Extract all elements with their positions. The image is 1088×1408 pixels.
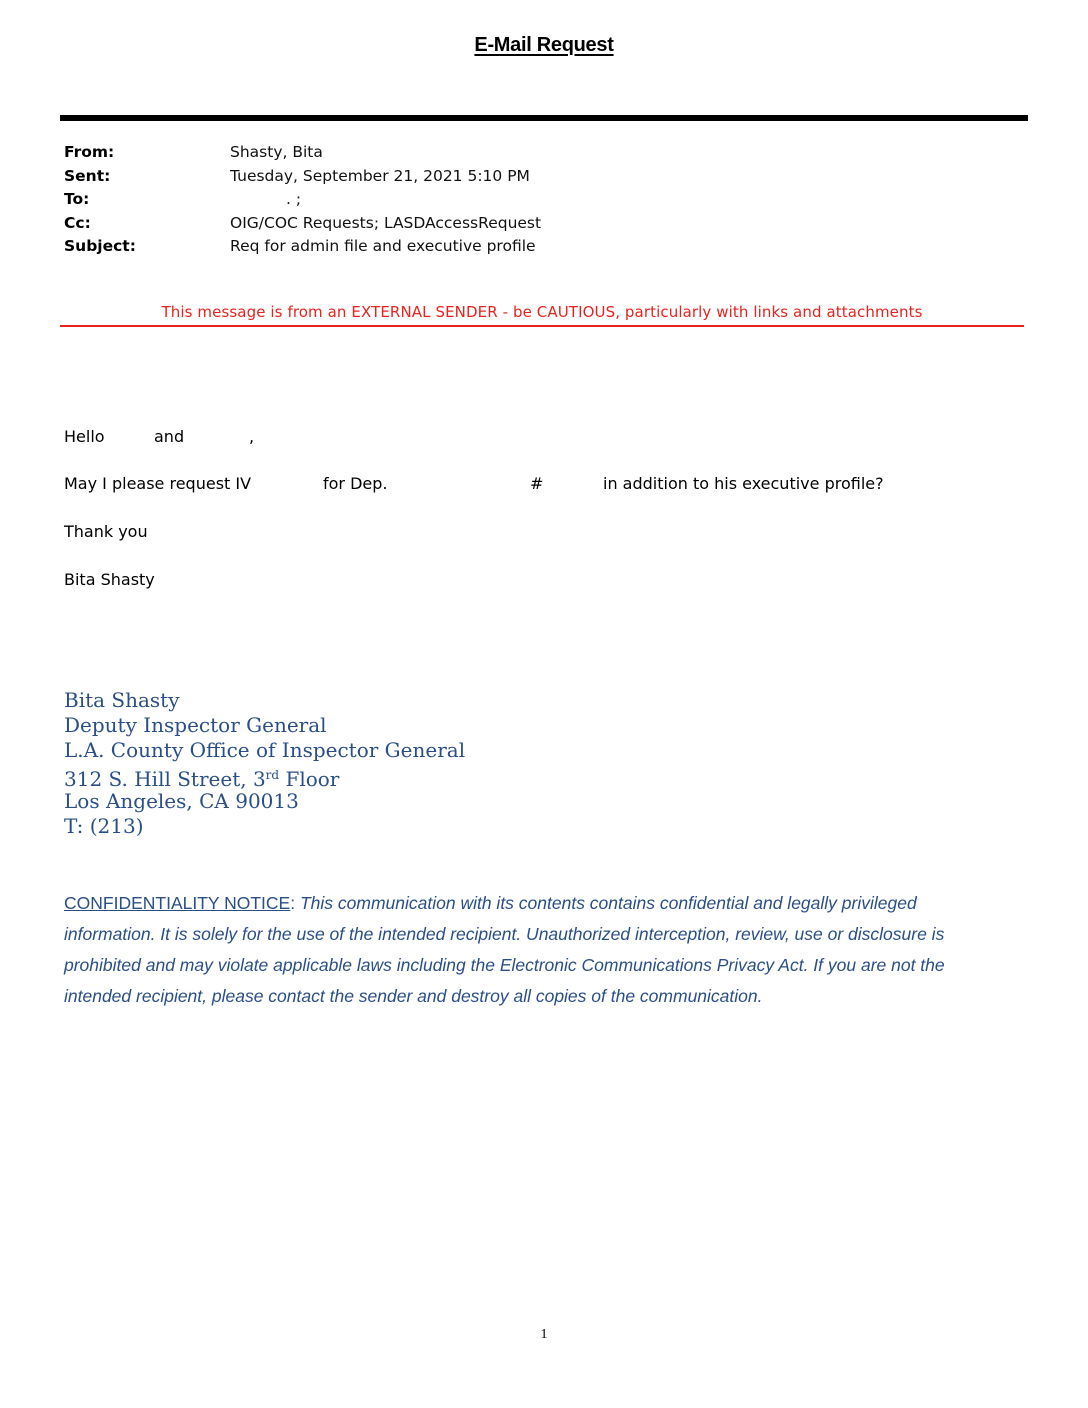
signature-name: Bita Shasty — [64, 688, 180, 713]
from-value: Shasty, Bita — [230, 140, 323, 164]
confidentiality-notice: CONFIDENTIALITY NOTICE: This communicati… — [64, 888, 984, 1012]
from-label: From: — [64, 140, 114, 164]
cc-label: Cc: — [64, 211, 91, 235]
cc-value: OIG/COC Requests; LASDAccessRequest — [230, 211, 541, 235]
signoff-line: Bita Shasty — [64, 570, 155, 589]
signature-title: Deputy Inspector General — [64, 713, 327, 738]
page-number: 1 — [0, 1327, 1088, 1343]
signature-city: Los Angeles, CA 90013 — [64, 789, 299, 814]
request-text-1: May I please request IV — [64, 474, 251, 493]
request-text-2: for Dep. — [323, 474, 388, 493]
subject-value: Req for admin file and executive profile — [230, 234, 536, 258]
thanks-line: Thank you — [64, 522, 148, 541]
confidentiality-label: CONFIDENTIALITY NOTICE — [64, 893, 290, 913]
greeting-comma: , — [249, 427, 254, 446]
to-value: . ; — [286, 187, 301, 211]
signature-address: 312 S. Hill Street, 3rd Floor — [64, 763, 339, 792]
greeting-and: and — [154, 427, 184, 446]
greeting-hello: Hello — [64, 427, 105, 446]
request-text-3: # — [530, 474, 543, 493]
sent-value: Tuesday, September 21, 2021 5:10 PM — [230, 164, 530, 188]
document-title-text: E-Mail Request — [474, 34, 613, 56]
external-sender-warning: This message is from an EXTERNAL SENDER … — [60, 303, 1024, 321]
warning-divider — [60, 325, 1024, 327]
request-line: May I please request IV for Dep. # in ad… — [64, 474, 964, 493]
document-title: E-Mail Request — [0, 34, 1088, 57]
greeting-line: Hello and , — [64, 427, 105, 446]
request-text-4: in addition to his executive profile? — [603, 474, 884, 493]
signature-office: L.A. County Office of Inspector General — [64, 738, 465, 763]
address-prefix: 312 S. Hill Street, 3 — [64, 767, 266, 791]
to-label: To: — [64, 187, 89, 211]
address-superscript: rd — [266, 768, 279, 782]
signature-phone: T: (213) — [64, 814, 144, 839]
sent-label: Sent: — [64, 164, 110, 188]
header-divider — [60, 115, 1028, 121]
confidentiality-separator: : — [290, 893, 300, 913]
subject-label: Subject: — [64, 234, 136, 258]
address-suffix: Floor — [279, 767, 339, 791]
